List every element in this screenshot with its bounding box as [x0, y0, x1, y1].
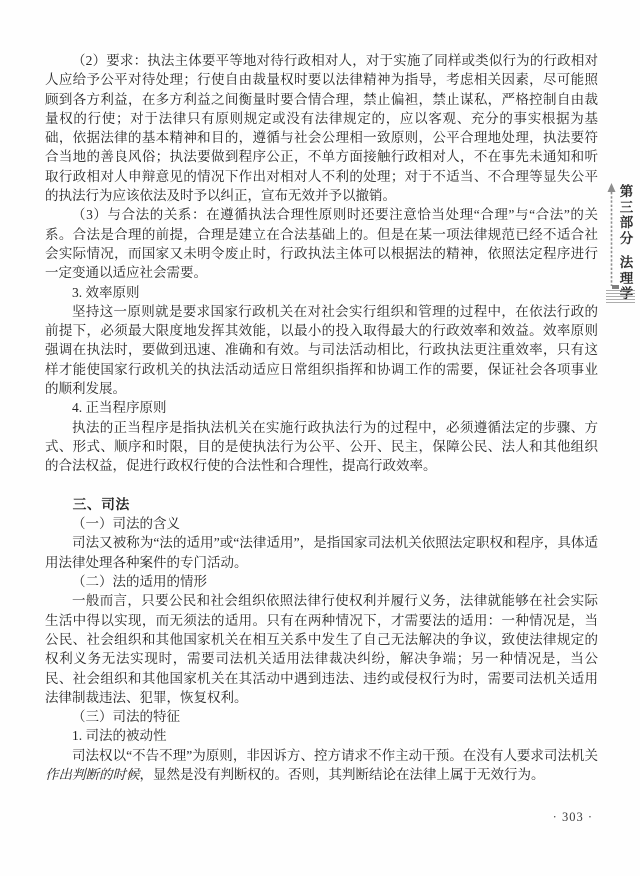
numbered-subheading: 3. 效率原则: [45, 283, 598, 302]
section-heading: 三、司法: [45, 495, 598, 514]
side-tab-part-label: 第三部分: [619, 184, 634, 246]
up-arrow-icon: [607, 183, 616, 287]
numbered-subheading: 1. 司法的被动性: [45, 726, 598, 745]
paragraph-text: ，显然是没有判断权的。否则，其判断结论在法律上属于无效行为。: [140, 767, 545, 782]
chapter-side-tab: 第三部分 法理学: [605, 181, 639, 307]
subheading: （三）司法的特征: [45, 707, 598, 726]
numbered-subheading: 4. 正当程序原则: [45, 398, 598, 417]
paragraph: （2）要求：执法主体要平等地对待行政相对人，对于实施了同样或类似行为的行政相对人…: [45, 51, 598, 205]
paragraph: （3）与合法的关系：在遵循执法合理性原则时还要注意恰当处理“合理”与“合法”的关…: [45, 205, 598, 282]
paragraph: 一般而言，只要公民和社会组织依照法律行使权利并履行义务，法律就能够在社会实际生活…: [45, 591, 598, 707]
paragraph: 坚持这一原则就是要求国家行政机关在对社会实行组织和管理的过程中，在依法行政的前提…: [45, 302, 598, 398]
paragraph-with-emphasis: 司法权以“不告不理”为原则，非因诉方、控方请求不作主动干预。在没有人要求司法机关…: [45, 746, 598, 785]
paragraph: 执法的正当程序是指执法机关在实施行政执法行为的过程中，必须遵循法定的步骤、方式、…: [45, 418, 598, 476]
paragraph-text: 司法权以“不告不理”为原则，非因诉方、控方请求不作主动干预。在没有人要求司法机关: [72, 748, 598, 763]
emphasized-text: 作出判断的时候: [45, 767, 140, 782]
page-text-column: （2）要求：执法主体要平等地对待行政相对人，对于实施了同样或类似行为的行政相对人…: [45, 51, 598, 784]
scanned-book-page: （2）要求：执法主体要平等地对待行政相对人，对于实施了同样或类似行为的行政相对人…: [0, 0, 640, 876]
side-tab-label: 第三部分 法理学: [619, 184, 634, 302]
page-number: · 303 ·: [45, 810, 593, 825]
subheading: （一）司法的含义: [45, 514, 598, 533]
subheading: （二）法的适用的情形: [45, 572, 598, 591]
paragraph: 司法又被称为“法的适用”或“法律适用”，是指国家司法机关依照法定职权和程序，具体…: [45, 533, 598, 572]
side-tab-footnote-marks: [606, 290, 635, 303]
